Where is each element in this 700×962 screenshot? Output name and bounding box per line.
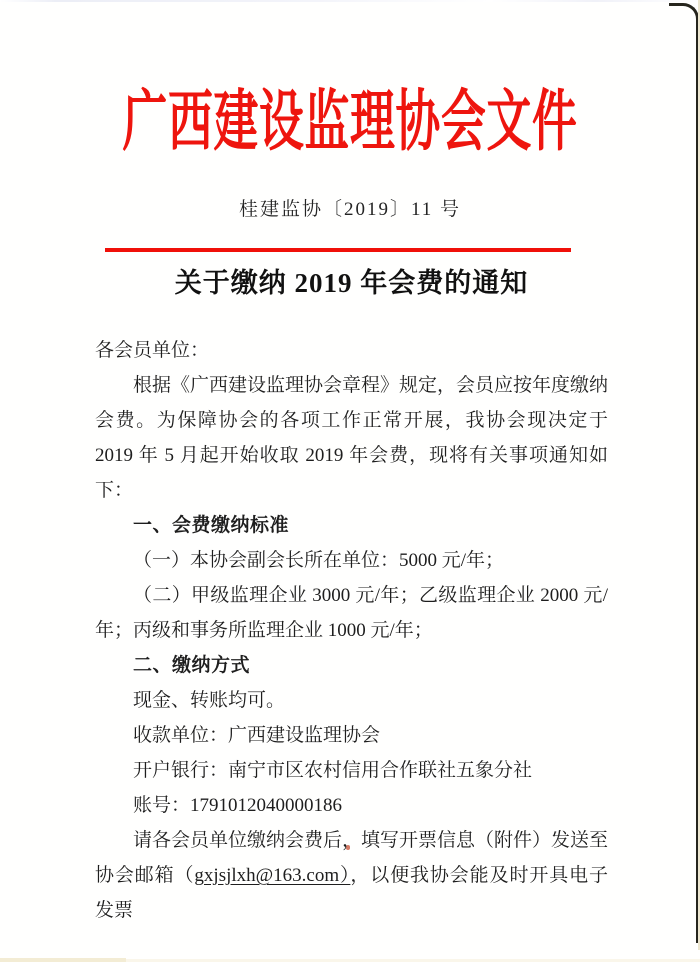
account-number-line: 账号：1791012040000186: [95, 788, 608, 823]
fee-item-vice-president: （一）本协会副会长所在单位：5000 元/年；: [95, 543, 608, 578]
payee-name-line: 收款单位：广西建设监理协会: [95, 718, 608, 753]
scanned-document-page: 广西建设监理协会文件 桂建监协〔2019〕11 号 关于缴纳 2019 年会费的…: [0, 0, 700, 962]
document-title: 关于缴纳 2019 年会费的通知: [95, 261, 608, 300]
bank-name-line: 开户银行：南宁市区农村信用合作联社五象分社: [95, 753, 608, 788]
section-heading-payment-method: 二、缴纳方式: [95, 648, 608, 683]
email-link: gxjsjlxh@163.com）: [194, 865, 350, 886]
masthead-text: 广西建设监理协会文件: [123, 86, 578, 159]
document-number: 桂建监协〔2019〕11 号: [0, 194, 700, 221]
fee-item-enterprise-grades: （二）甲级监理企业 3000 元/年；乙级监理企业 2000 元/年；丙级和事务…: [95, 578, 608, 648]
section-heading-fee-standard: 一、会费缴纳标准: [95, 508, 608, 543]
letterhead-masthead: 广西建设监理协会文件: [0, 86, 700, 156]
salutation: 各会员单位：: [95, 333, 608, 368]
scan-bottom-left-artifact: [0, 958, 126, 962]
scan-top-edge-artifact: [0, 0, 700, 2]
red-divider-rule: [105, 248, 571, 252]
payment-method-line: 现金、转账均可。: [95, 683, 608, 718]
intro-paragraph: 根据《广西建设监理协会章程》规定，会员应按年度缴纳会费。为保障协会的各项工作正常…: [95, 368, 608, 508]
document-body: 各会员单位： 根据《广西建设监理协会章程》规定，会员应按年度缴纳会费。为保障协会…: [95, 333, 608, 928]
closing-paragraph: 请各会员单位缴纳会费后，填写开票信息（附件）发送至协会邮箱（gxjsjlxh@1…: [95, 823, 608, 928]
